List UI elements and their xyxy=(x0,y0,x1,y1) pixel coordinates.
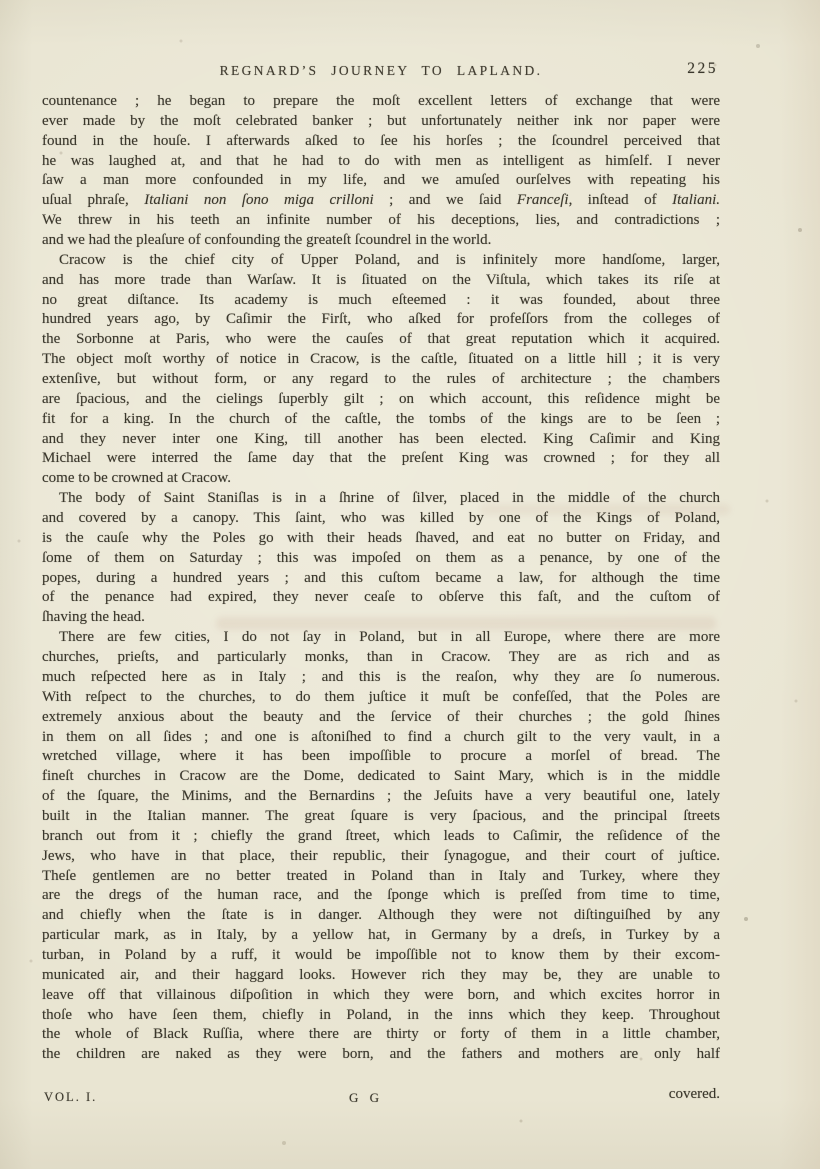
text-segment: Jews, who have in that place, their repu… xyxy=(42,848,720,864)
text-segment: fineſt churches in Cracow are the Dome, … xyxy=(42,768,720,784)
text-segment: built in the Italian manner. The great ſ… xyxy=(42,808,720,824)
text-line: ever made by the moſt celebrated banker … xyxy=(42,112,720,132)
running-header: REGNARD’S JOURNEY TO LAPLAND. xyxy=(42,63,720,79)
text-line: Cracow is the chief city of Upper Poland… xyxy=(42,251,720,271)
text-line: are the dregs of the human race, and the… xyxy=(42,886,720,906)
text-line: of the ſquare, the Minims, and the Berna… xyxy=(42,787,720,807)
text-segment: he was laughed at, and that he had to do… xyxy=(42,153,720,169)
text-line: Jews, who have in that place, their repu… xyxy=(42,847,720,867)
text-line: municated air, and their haggard looks. … xyxy=(42,966,720,986)
text-line: found in the houſe. I afterwards aſked t… xyxy=(42,132,720,152)
text-segment: thoſe who have ſeen them, chiefly in Pol… xyxy=(42,1007,720,1023)
text-line: extenſive, but without form, or any rega… xyxy=(42,370,720,390)
text-line: of the penance had expired, they never c… xyxy=(42,588,720,608)
text-line: fineſt churches in Cracow are the Dome, … xyxy=(42,767,720,787)
text-line: come to be crowned at Cracow. xyxy=(42,469,720,489)
signature-mark: G G xyxy=(12,1090,720,1106)
text-segment: churches, prieſts, and particularly monk… xyxy=(42,649,720,665)
page-footer: VOL. I. G G covered. xyxy=(42,1086,720,1108)
text-line: the whole of Black Ruſſia, where there a… xyxy=(42,1025,720,1045)
text-segment: The object moſt worthy of notice in Crac… xyxy=(42,351,720,367)
text-line: are ſpacious, and the cielings ſuperbly … xyxy=(42,390,720,410)
text-segment: ; and we ſaid xyxy=(374,192,517,208)
text-line: and we had the pleaſure of confounding t… xyxy=(42,231,720,251)
text-segment: municated air, and their haggard looks. … xyxy=(42,967,720,983)
text-line: There are few cities, I do not ſay in Po… xyxy=(42,628,720,648)
text-segment: and chiefly when the ſtate is in danger.… xyxy=(42,907,720,923)
text-segment: We threw in his teeth an infinite number… xyxy=(42,212,720,228)
text-line: The object moſt worthy of notice in Crac… xyxy=(42,350,720,370)
text-segment: the Sorbonne at Paris, who were the cauſ… xyxy=(42,331,720,347)
text-segment: uſual phraſe, xyxy=(42,192,144,208)
text-segment: ſaw a man more confounded in my life, an… xyxy=(42,172,720,188)
text-segment: come to be crowned at Cracow. xyxy=(42,470,231,486)
text-segment: of the penance had expired, they never c… xyxy=(42,589,720,605)
text-line: much reſpected here as in Italy ; and th… xyxy=(42,668,720,688)
text-segment: Michael were interred the ſame day that … xyxy=(42,450,720,466)
text-segment: The body of Saint Staniſlas is in a ſhri… xyxy=(59,490,720,506)
book-page: REGNARD’S JOURNEY TO LAPLAND. 225 counte… xyxy=(0,0,820,1169)
italic-phrase: Franceſi xyxy=(517,192,569,208)
text-segment: the whole of Black Ruſſia, where there a… xyxy=(42,1026,720,1042)
text-line: in them on all ſides ; and one is aſtoni… xyxy=(42,728,720,748)
text-line: built in the Italian manner. The great ſ… xyxy=(42,807,720,827)
text-line: The body of Saint Staniſlas is in a ſhri… xyxy=(42,489,720,509)
text-segment: With reſpect to the churches, to do them… xyxy=(42,689,720,705)
text-line: ſhaving the head. xyxy=(42,608,720,628)
text-line: and chiefly when the ſtate is in danger.… xyxy=(42,906,720,926)
text-segment: branch out from it ; chiefly the grand ſ… xyxy=(42,828,720,844)
text-line: We threw in his teeth an infinite number… xyxy=(42,211,720,231)
text-segment: ever made by the moſt celebrated banker … xyxy=(42,113,720,129)
text-segment: and covered by a canopy. This ſaint, who… xyxy=(42,510,720,526)
text-segment: much reſpected here as in Italy ; and th… xyxy=(42,669,720,685)
text-segment: extremely anxious about the beauty and t… xyxy=(42,709,720,725)
text-segment: Theſe gentlemen are no better treated in… xyxy=(42,868,720,884)
text-segment: and has more trade than Warſaw. It is ſi… xyxy=(42,272,720,288)
italic-phrase: Italiani. xyxy=(672,192,720,208)
text-segment: , inſtead of xyxy=(569,192,673,208)
text-segment: fit for a king. In the church of the caſ… xyxy=(42,411,720,427)
text-line: the Sorbonne at Paris, who were the cauſ… xyxy=(42,330,720,350)
text-segment: countenance ; he began to prepare the mo… xyxy=(42,93,720,109)
text-segment: is the cauſe why the Poles go with their… xyxy=(42,530,720,546)
text-line: With reſpect to the churches, to do them… xyxy=(42,688,720,708)
text-line: particular mark, as in Italy, by a yello… xyxy=(42,926,720,946)
text-line: ſaw a man more confounded in my life, an… xyxy=(42,171,720,191)
text-line: leave off that villainous diſpoſition in… xyxy=(42,986,720,1006)
text-line: ſome of them on Saturday ; this was impo… xyxy=(42,549,720,569)
text-line: countenance ; he began to prepare the mo… xyxy=(42,92,720,112)
text-segment: particular mark, as in Italy, by a yello… xyxy=(42,927,720,943)
text-line: thoſe who have ſeen them, chiefly in Pol… xyxy=(42,1006,720,1026)
text-line: hundred years ago, by Caſimir the Firſt,… xyxy=(42,310,720,330)
text-segment: Cracow is the chief city of Upper Poland… xyxy=(59,252,720,268)
text-line: no great diſtance. Its academy is much e… xyxy=(42,291,720,311)
text-segment: are the dregs of the human race, and the… xyxy=(42,887,720,903)
text-line: Michael were interred the ſame day that … xyxy=(42,449,720,469)
text-line: turban, in Poland by a ruff, it would be… xyxy=(42,946,720,966)
text-line: churches, prieſts, and particularly monk… xyxy=(42,648,720,668)
text-segment: found in the houſe. I afterwards aſked t… xyxy=(42,133,720,149)
text-line: the children are naked as they were born… xyxy=(42,1045,720,1065)
text-segment: the children are naked as they were born… xyxy=(42,1046,720,1062)
text-segment: There are few cities, I do not ſay in Po… xyxy=(59,629,720,645)
text-line: extremely anxious about the beauty and t… xyxy=(42,708,720,728)
text-line: popes, during a hundred years ; and this… xyxy=(42,569,720,589)
text-line: uſual phraſe, Italiani non ſono miga cri… xyxy=(42,191,720,211)
text-segment: hundred years ago, by Caſimir the Firſt,… xyxy=(42,311,720,327)
text-line: wretched village, where it has been impo… xyxy=(42,747,720,767)
text-line: and covered by a canopy. This ſaint, who… xyxy=(42,509,720,529)
text-segment: ſhaving the head. xyxy=(42,609,145,625)
catchword: covered. xyxy=(669,1086,720,1103)
text-segment: of the ſquare, the Minims, and the Berna… xyxy=(42,788,720,804)
text-line: is the cauſe why the Poles go with their… xyxy=(42,529,720,549)
text-segment: wretched village, where it has been impo… xyxy=(42,748,720,764)
text-segment: ſome of them on Saturday ; this was impo… xyxy=(42,550,720,566)
text-segment: are ſpacious, and the cielings ſuperbly … xyxy=(42,391,720,407)
text-segment: extenſive, but without form, or any rega… xyxy=(42,371,720,387)
text-line: and they never inter one King, till anot… xyxy=(42,430,720,450)
body-text: countenance ; he began to prepare the mo… xyxy=(42,92,720,1065)
text-line: and has more trade than Warſaw. It is ſi… xyxy=(42,271,720,291)
text-segment: no great diſtance. Its academy is much e… xyxy=(42,292,720,308)
text-segment: in them on all ſides ; and one is aſtoni… xyxy=(42,729,720,745)
text-line: he was laughed at, and that he had to do… xyxy=(42,152,720,172)
paper-speckles xyxy=(0,0,2,2)
text-segment: popes, during a hundred years ; and this… xyxy=(42,570,720,586)
italic-phrase: Italiani non ſono miga crilloni xyxy=(144,192,373,208)
text-segment: leave off that villainous diſpoſition in… xyxy=(42,987,720,1003)
page-header: REGNARD’S JOURNEY TO LAPLAND. 225 xyxy=(42,60,720,82)
text-line: branch out from it ; chiefly the grand ſ… xyxy=(42,827,720,847)
text-segment: turban, in Poland by a ruff, it would be… xyxy=(42,947,720,963)
text-line: Theſe gentlemen are no better treated in… xyxy=(42,867,720,887)
page-number: 225 xyxy=(687,60,718,78)
text-segment: and they never inter one King, till anot… xyxy=(42,431,720,447)
text-segment: and we had the pleaſure of confounding t… xyxy=(42,232,491,248)
text-line: fit for a king. In the church of the caſ… xyxy=(42,410,720,430)
